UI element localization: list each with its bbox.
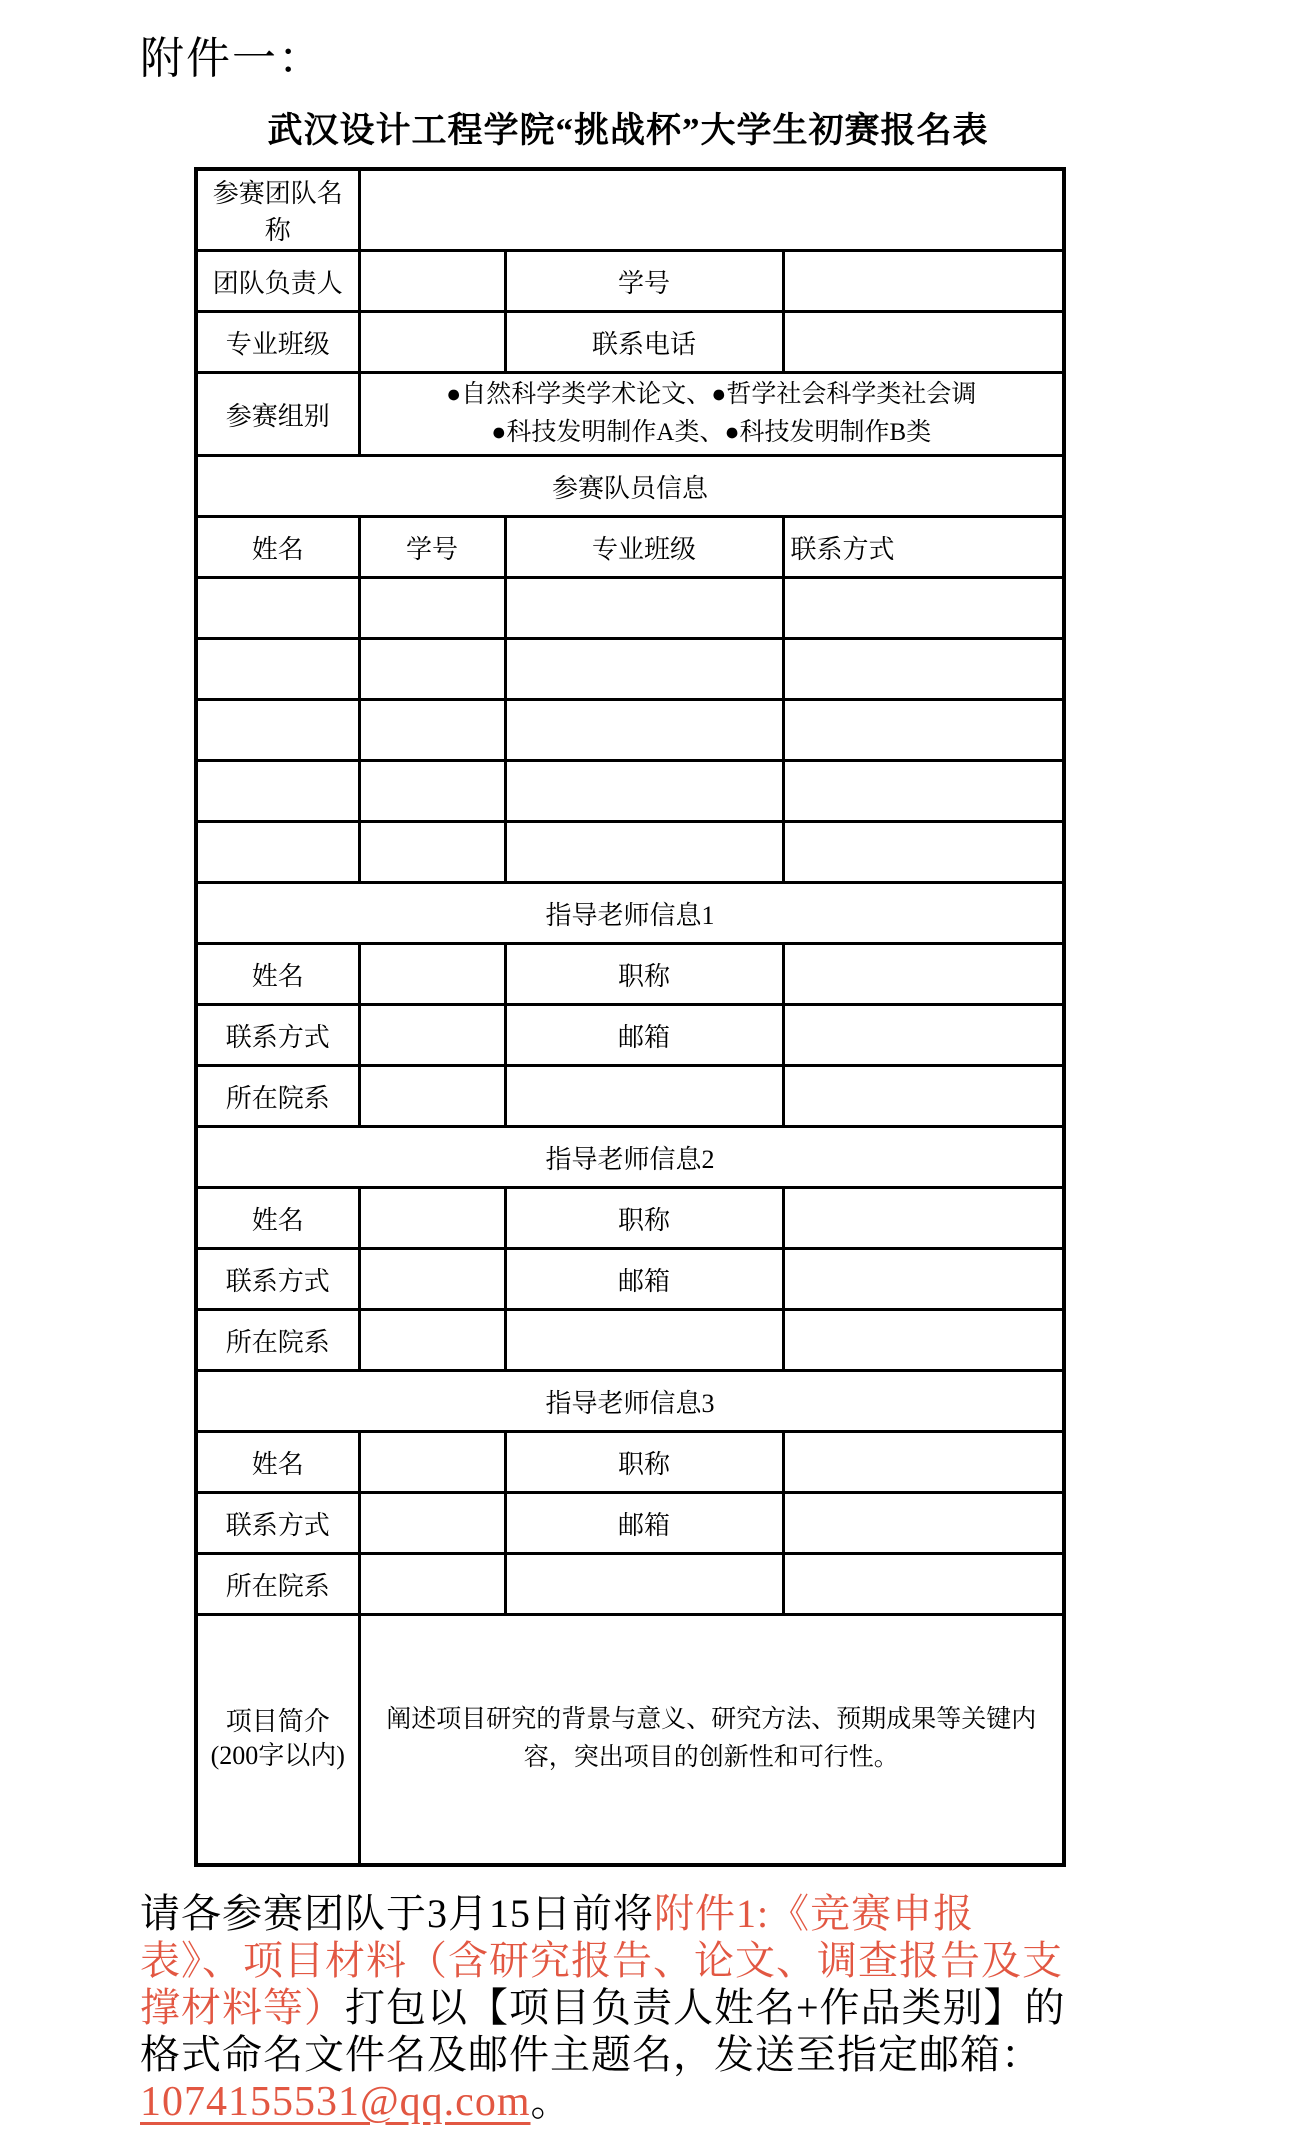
teacher-department-row: 所在院系 [196,1066,1064,1127]
member-id-cell[interactable] [359,822,505,883]
members-header-row: 姓名 学号 专业班级 联系方式 [196,517,1064,578]
member-row [196,578,1064,639]
teacher-section-title: 指导老师信息1 [196,883,1064,944]
member-id-cell[interactable] [359,578,505,639]
footer-note: 请各参赛团队于3月15日前将附件1:《竞赛申报 表》、项目材料（含研究报告、论文… [140,1890,1260,2126]
teacher-email-label: 邮箱 [505,1493,783,1554]
member-contact-cell[interactable] [783,639,1064,700]
member-id-cell[interactable] [359,700,505,761]
team-name-label: 参赛团队名称 [196,169,359,251]
member-row [196,822,1064,883]
team-name-row: 参赛团队名称 [196,169,1064,251]
group-label: 参赛组别 [196,373,359,456]
student-id-input-cell[interactable] [783,251,1064,312]
teacher-contact-label: 联系方式 [196,1493,359,1554]
teacher-section-title: 指导老师信息3 [196,1371,1064,1432]
footer-text-segment: 。 [531,2079,572,2124]
teacher-department-input-cell[interactable] [359,1554,505,1615]
project-intro-hint-cell[interactable]: 阐述项目研究的背景与意义、研究方法、预期成果等关键内容，突出项目的创新性和可行性… [359,1615,1064,1865]
teacher-title-label: 职称 [505,1188,783,1249]
teacher-department-label: 所在院系 [196,1310,359,1371]
teacher-title-input-cell[interactable] [783,1188,1064,1249]
teacher-department-label: 所在院系 [196,1554,359,1615]
member-class-cell[interactable] [505,700,783,761]
member-id-cell[interactable] [359,639,505,700]
teacher-department-row: 所在院系 [196,1310,1064,1371]
member-contact-header: 联系方式 [783,517,1064,578]
teacher-section-row: 指导老师信息1 [196,883,1064,944]
project-intro-label-line1: 项目简介 [204,1705,352,1739]
member-class-cell[interactable] [505,639,783,700]
teacher-name-label: 姓名 [196,1188,359,1249]
document-page: 附件一： 武汉设计工程学院“挑战杯”大学生初赛报名表 参赛团队名称 团队负责人 … [0,0,1290,2145]
member-name-cell[interactable] [196,639,359,700]
teacher-title-label: 职称 [505,944,783,1005]
project-intro-label: 项目简介 (200字以内) [196,1615,359,1865]
member-id-header: 学号 [359,517,505,578]
major-class-label: 专业班级 [196,312,359,373]
major-class-row: 专业班级 联系电话 [196,312,1064,373]
teacher-name-input-cell[interactable] [359,944,505,1005]
empty-cell[interactable] [505,1310,783,1371]
empty-cell[interactable] [783,1066,1064,1127]
member-class-cell[interactable] [505,822,783,883]
member-name-header: 姓名 [196,517,359,578]
student-id-label: 学号 [505,251,783,312]
members-section-title: 参赛队员信息 [196,456,1064,517]
member-contact-cell[interactable] [783,822,1064,883]
member-name-cell[interactable] [196,822,359,883]
attachment-label: 附件一： [140,22,324,86]
member-name-cell[interactable] [196,700,359,761]
teacher-department-label: 所在院系 [196,1066,359,1127]
teacher-contact-input-cell[interactable] [359,1249,505,1310]
empty-cell[interactable] [783,1310,1064,1371]
teacher-email-input-cell[interactable] [783,1005,1064,1066]
teacher-email-label: 邮箱 [505,1249,783,1310]
teacher-department-row: 所在院系 [196,1554,1064,1615]
member-contact-cell[interactable] [783,578,1064,639]
project-intro-row: 项目简介 (200字以内) 阐述项目研究的背景与意义、研究方法、预期成果等关键内… [196,1615,1064,1865]
member-row [196,639,1064,700]
teacher-title-input-cell[interactable] [783,1432,1064,1493]
leader-input-cell[interactable] [359,251,505,312]
teacher-name-label: 姓名 [196,1432,359,1493]
phone-label: 联系电话 [505,312,783,373]
major-class-input-cell[interactable] [359,312,505,373]
teacher-name-row: 姓名 职称 [196,944,1064,1005]
empty-cell[interactable] [505,1554,783,1615]
teacher-contact-label: 联系方式 [196,1249,359,1310]
teacher-email-input-cell[interactable] [783,1493,1064,1554]
footer-text-segment: 请各参赛团队于3月15日前将 [140,1891,654,1936]
form-title: 武汉设计工程学院“挑战杯”大学生初赛报名表 [194,103,1062,153]
teacher-section-row: 指导老师信息2 [196,1127,1064,1188]
empty-cell[interactable] [783,1554,1064,1615]
members-section-row: 参赛队员信息 [196,456,1064,517]
member-class-cell[interactable] [505,578,783,639]
member-contact-cell[interactable] [783,761,1064,822]
leader-row: 团队负责人 学号 [196,251,1064,312]
phone-input-cell[interactable] [783,312,1064,373]
teacher-title-label: 职称 [505,1432,783,1493]
teacher-name-label: 姓名 [196,944,359,1005]
member-name-cell[interactable] [196,761,359,822]
email-link[interactable]: 1074155531@qq.com [140,2079,531,2125]
teacher-contact-row: 联系方式 邮箱 [196,1005,1064,1066]
teacher-name-input-cell[interactable] [359,1432,505,1493]
member-row [196,700,1064,761]
group-options[interactable]: ●自然科学类学术论文、●哲学社会科学类社会调 ●科技发明制作A类、●科技发明制作… [359,373,1064,456]
teacher-contact-label: 联系方式 [196,1005,359,1066]
teacher-contact-row: 联系方式 邮箱 [196,1493,1064,1554]
teacher-email-input-cell[interactable] [783,1249,1064,1310]
teacher-title-input-cell[interactable] [783,944,1064,1005]
teacher-contact-input-cell[interactable] [359,1493,505,1554]
member-id-cell[interactable] [359,761,505,822]
empty-cell[interactable] [505,1066,783,1127]
teacher-name-row: 姓名 职称 [196,1432,1064,1493]
registration-form-table: 参赛团队名称 团队负责人 学号 专业班级 联系电话 参赛组别 ●自然科学类学术论… [194,167,1066,1867]
member-contact-cell[interactable] [783,700,1064,761]
teacher-contact-input-cell[interactable] [359,1005,505,1066]
teacher-name-input-cell[interactable] [359,1188,505,1249]
teacher-section-row: 指导老师信息3 [196,1371,1064,1432]
member-row [196,761,1064,822]
member-class-cell[interactable] [505,761,783,822]
member-name-cell[interactable] [196,578,359,639]
project-intro-label-line2: (200字以内) [204,1739,352,1773]
member-class-header: 专业班级 [505,517,783,578]
teacher-department-input-cell[interactable] [359,1310,505,1371]
team-name-input-cell[interactable] [359,169,1064,251]
teacher-contact-row: 联系方式 邮箱 [196,1249,1064,1310]
teacher-section-title: 指导老师信息2 [196,1127,1064,1188]
teacher-name-row: 姓名 职称 [196,1188,1064,1249]
leader-label: 团队负责人 [196,251,359,312]
group-row: 参赛组别 ●自然科学类学术论文、●哲学社会科学类社会调 ●科技发明制作A类、●科… [196,373,1064,456]
teacher-department-input-cell[interactable] [359,1066,505,1127]
teacher-email-label: 邮箱 [505,1005,783,1066]
